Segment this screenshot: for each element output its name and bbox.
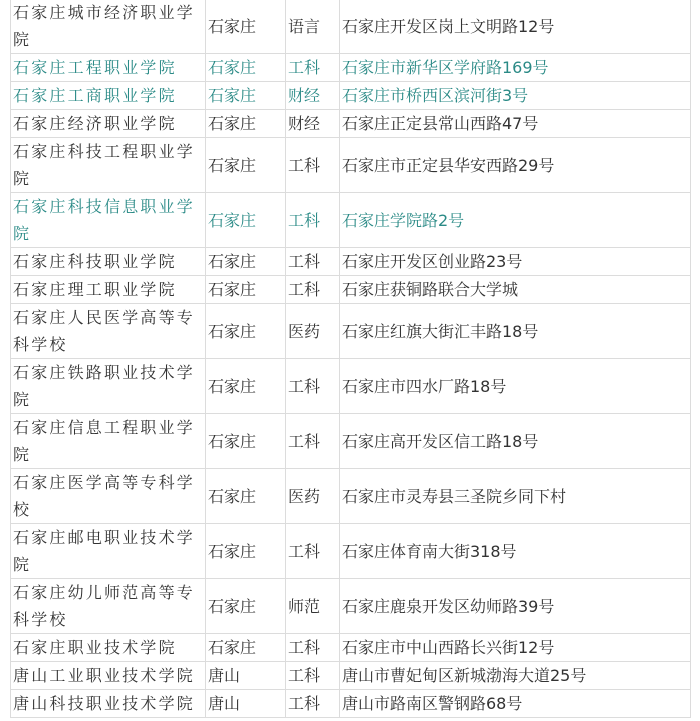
college-name: 石家庄城市经济职业学院 <box>11 0 206 54</box>
table-row: 石家庄城市经济职业学院 石家庄 语言 石家庄开发区岗上文明路12号 <box>11 0 691 54</box>
college-type: 语言 <box>286 0 340 54</box>
table-row: 唐山科技职业技术学院 唐山 工科 唐山市路南区警钢路68号 <box>11 690 691 718</box>
college-city: 唐山 <box>206 662 286 690</box>
college-name: 石家庄科技职业学院 <box>11 248 206 276</box>
college-address: 石家庄开发区创业路23号 <box>340 248 691 276</box>
table-row: 唐山工业职业技术学院 唐山 工科 唐山市曹妃甸区新城渤海大道25号 <box>11 662 691 690</box>
college-type: 医药 <box>286 304 340 359</box>
table-row: 石家庄科技工程职业学院 石家庄 工科 石家庄市正定县华安西路29号 <box>11 138 691 193</box>
college-type: 工科 <box>286 276 340 304</box>
college-address: 石家庄高开发区信工路18号 <box>340 414 691 469</box>
college-address: 石家庄红旗大街汇丰路18号 <box>340 304 691 359</box>
college-city: 石家庄 <box>206 54 286 82</box>
college-name: 唐山科技职业技术学院 <box>11 690 206 718</box>
college-type: 工科 <box>286 414 340 469</box>
college-city: 石家庄 <box>206 304 286 359</box>
table-row: 石家庄铁路职业技术学院 石家庄 工科 石家庄市四水厂路18号 <box>11 359 691 414</box>
college-name: 石家庄铁路职业技术学院 <box>11 359 206 414</box>
college-address: 石家庄市新华区学府路169号 <box>340 54 691 82</box>
table-row: 石家庄幼儿师范高等专科学校 石家庄 师范 石家庄鹿泉开发区幼师路39号 <box>11 579 691 634</box>
college-type: 财经 <box>286 82 340 110</box>
college-address: 石家庄体育南大街318号 <box>340 524 691 579</box>
college-address: 石家庄鹿泉开发区幼师路39号 <box>340 579 691 634</box>
college-type: 工科 <box>286 248 340 276</box>
table-row[interactable]: 石家庄工商职业学院 石家庄 财经 石家庄市桥西区滨河街3号 <box>11 82 691 110</box>
college-address: 唐山市路南区警钢路68号 <box>340 690 691 718</box>
college-city: 石家庄 <box>206 276 286 304</box>
table-row: 石家庄职业技术学院 石家庄 工科 石家庄市中山西路长兴街12号 <box>11 634 691 662</box>
college-name: 唐山工业职业技术学院 <box>11 662 206 690</box>
college-name: 石家庄邮电职业技术学院 <box>11 524 206 579</box>
college-type: 工科 <box>286 193 340 248</box>
table-row: 石家庄经济职业学院 石家庄 财经 石家庄正定县常山西路47号 <box>11 110 691 138</box>
college-city: 唐山 <box>206 690 286 718</box>
college-city: 石家庄 <box>206 0 286 54</box>
table-row: 石家庄信息工程职业学院 石家庄 工科 石家庄高开发区信工路18号 <box>11 414 691 469</box>
college-city: 石家庄 <box>206 359 286 414</box>
college-type: 工科 <box>286 524 340 579</box>
college-city: 石家庄 <box>206 634 286 662</box>
college-address: 石家庄开发区岗上文明路12号 <box>340 0 691 54</box>
college-city: 石家庄 <box>206 469 286 524</box>
college-address: 石家庄市正定县华安西路29号 <box>340 138 691 193</box>
table-row[interactable]: 石家庄工程职业学院 石家庄 工科 石家庄市新华区学府路169号 <box>11 54 691 82</box>
table-row: 石家庄理工职业学院 石家庄 工科 石家庄获铜路联合大学城 <box>11 276 691 304</box>
table-row: 石家庄人民医学高等专科学校 石家庄 医药 石家庄红旗大街汇丰路18号 <box>11 304 691 359</box>
college-city: 石家庄 <box>206 248 286 276</box>
college-address: 石家庄市桥西区滨河街3号 <box>340 82 691 110</box>
college-table-body: 石家庄城市经济职业学院 石家庄 语言 石家庄开发区岗上文明路12号 石家庄工程职… <box>11 0 691 718</box>
college-name-link[interactable]: 石家庄科技信息职业学院 <box>11 193 206 248</box>
college-city: 石家庄 <box>206 524 286 579</box>
college-name: 石家庄职业技术学院 <box>11 634 206 662</box>
college-type: 工科 <box>286 138 340 193</box>
college-table-container: 石家庄城市经济职业学院 石家庄 语言 石家庄开发区岗上文明路12号 石家庄工程职… <box>10 0 691 718</box>
college-type: 师范 <box>286 579 340 634</box>
college-name: 石家庄人民医学高等专科学校 <box>11 304 206 359</box>
table-row: 石家庄医学高等专科学校 石家庄 医药 石家庄市灵寿县三圣院乡同下村 <box>11 469 691 524</box>
college-address: 石家庄获铜路联合大学城 <box>340 276 691 304</box>
college-name: 石家庄科技工程职业学院 <box>11 138 206 193</box>
college-type: 工科 <box>286 634 340 662</box>
college-address: 唐山市曹妃甸区新城渤海大道25号 <box>340 662 691 690</box>
college-type: 医药 <box>286 469 340 524</box>
college-name-link[interactable]: 石家庄工程职业学院 <box>11 54 206 82</box>
college-name: 石家庄信息工程职业学院 <box>11 414 206 469</box>
college-address: 石家庄正定县常山西路47号 <box>340 110 691 138</box>
college-address: 石家庄市灵寿县三圣院乡同下村 <box>340 469 691 524</box>
college-address: 石家庄市四水厂路18号 <box>340 359 691 414</box>
college-name-link[interactable]: 石家庄工商职业学院 <box>11 82 206 110</box>
college-type: 工科 <box>286 662 340 690</box>
college-city: 石家庄 <box>206 138 286 193</box>
college-city: 石家庄 <box>206 82 286 110</box>
college-type: 工科 <box>286 690 340 718</box>
college-type: 工科 <box>286 359 340 414</box>
college-address: 石家庄学院路2号 <box>340 193 691 248</box>
college-city: 石家庄 <box>206 579 286 634</box>
table-row: 石家庄邮电职业技术学院 石家庄 工科 石家庄体育南大街318号 <box>11 524 691 579</box>
college-name: 石家庄经济职业学院 <box>11 110 206 138</box>
college-name: 石家庄幼儿师范高等专科学校 <box>11 579 206 634</box>
college-city: 石家庄 <box>206 414 286 469</box>
college-type: 财经 <box>286 110 340 138</box>
college-address: 石家庄市中山西路长兴街12号 <box>340 634 691 662</box>
college-name: 石家庄医学高等专科学校 <box>11 469 206 524</box>
college-name: 石家庄理工职业学院 <box>11 276 206 304</box>
college-type: 工科 <box>286 54 340 82</box>
college-table: 石家庄城市经济职业学院 石家庄 语言 石家庄开发区岗上文明路12号 石家庄工程职… <box>10 0 691 718</box>
table-row: 石家庄科技职业学院 石家庄 工科 石家庄开发区创业路23号 <box>11 248 691 276</box>
college-city: 石家庄 <box>206 110 286 138</box>
college-city: 石家庄 <box>206 193 286 248</box>
table-row[interactable]: 石家庄科技信息职业学院 石家庄 工科 石家庄学院路2号 <box>11 193 691 248</box>
